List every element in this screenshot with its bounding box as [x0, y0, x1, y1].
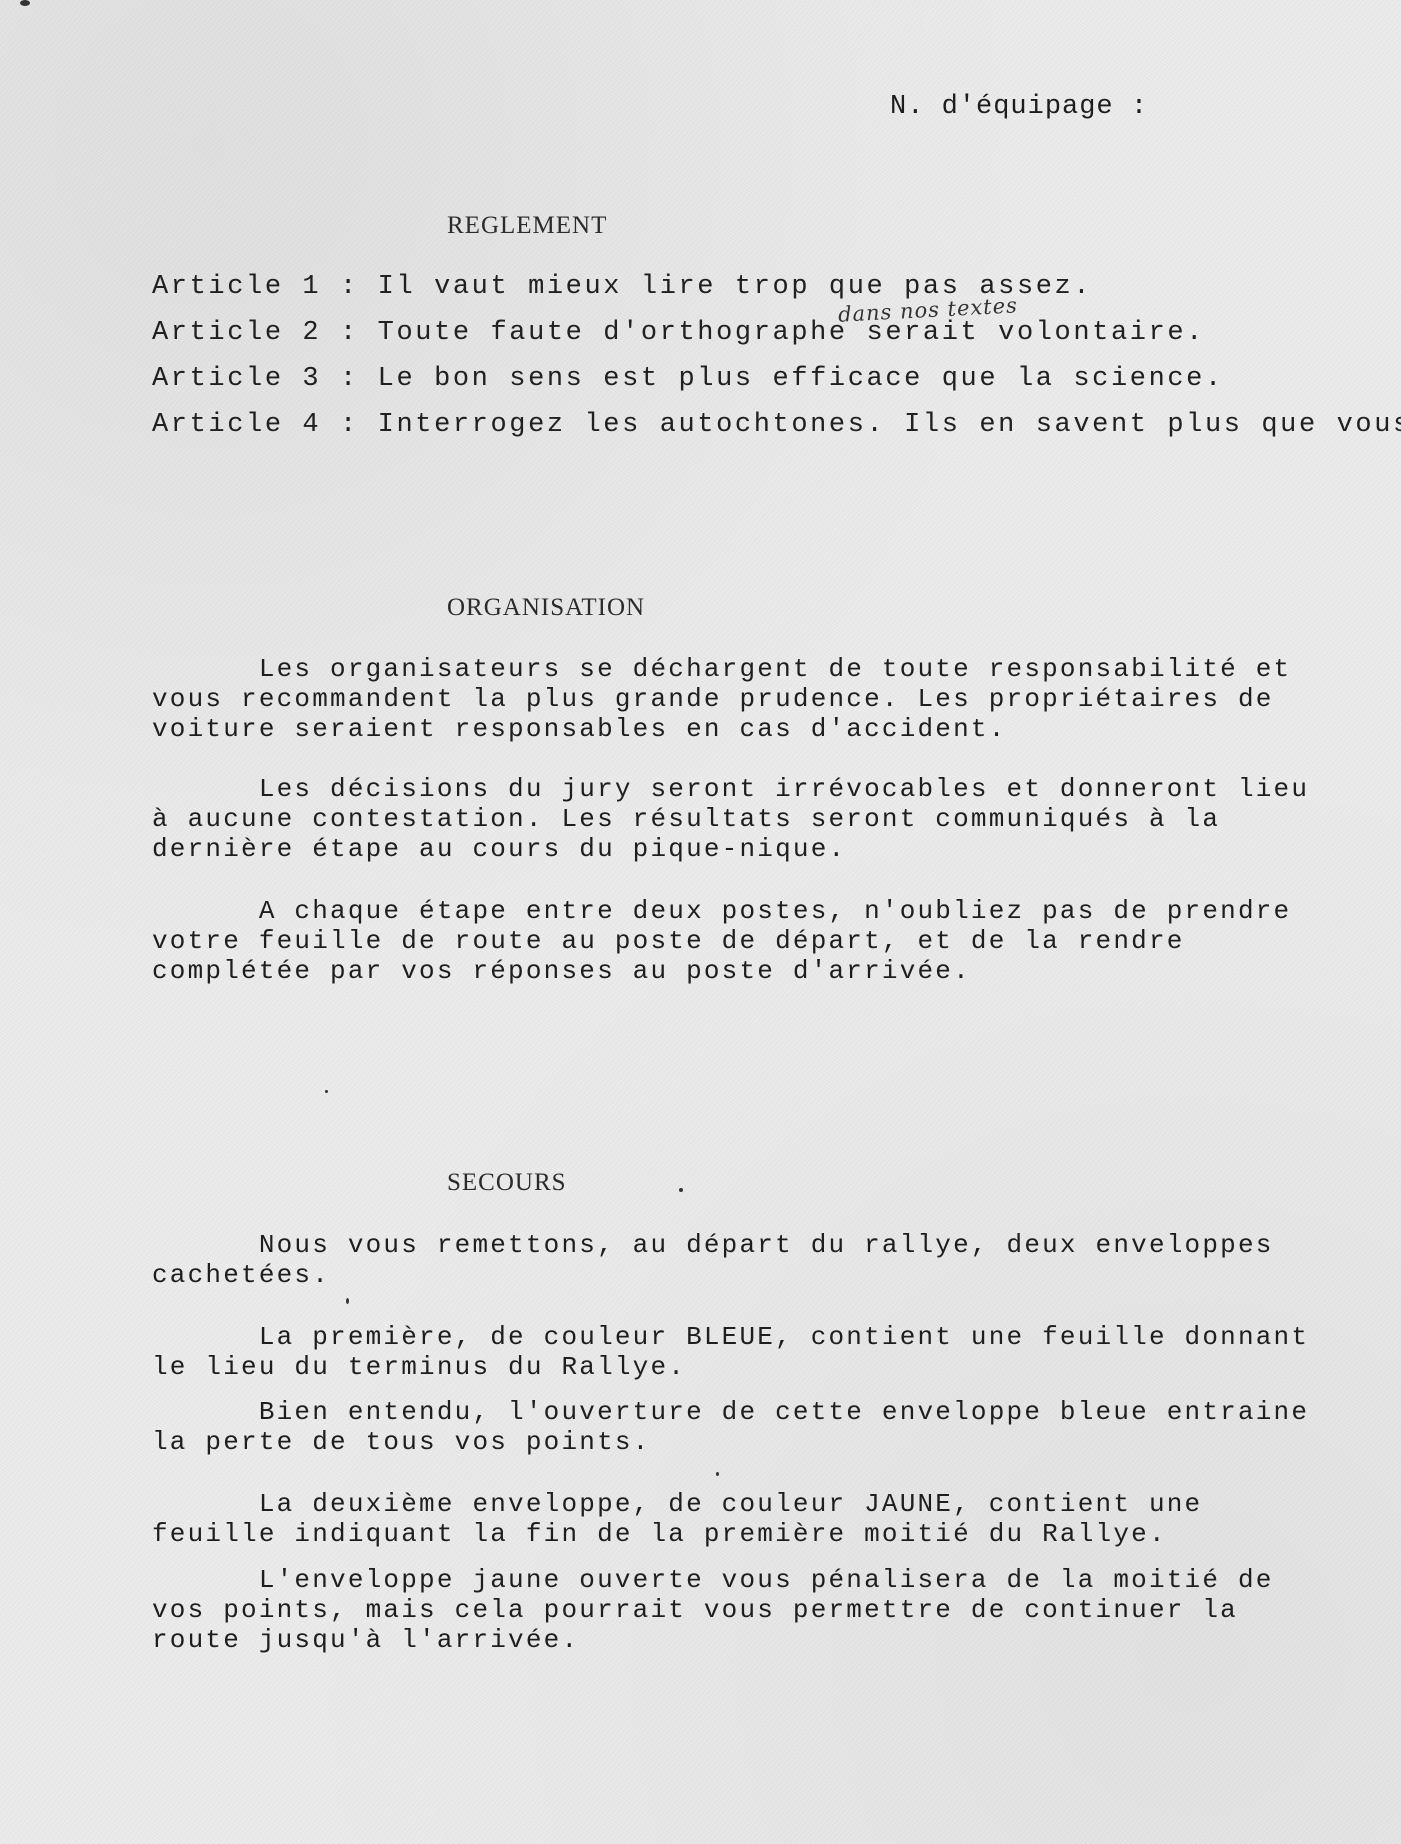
organisation-paragraph-3: A chaque étape entre deux postes, n'oubl… [152, 896, 1352, 986]
article-label: Article 3 : [152, 364, 359, 394]
article-text: Interrogez les autochtones. Ils en saven… [378, 410, 1401, 440]
typewritten-page: N. d'équipage : REGLEMENT Article 1 : Il… [0, 0, 1401, 1844]
crew-number-label: N. d'équipage : [890, 92, 1148, 122]
section-title-secours: SECOURS [447, 1169, 567, 1197]
organisation-paragraph-1: Les organisateurs se déchargent de toute… [152, 654, 1352, 744]
ink-speck [20, 0, 30, 6]
section-title-organisation: ORGANISATION [447, 594, 645, 622]
article-label: Article 2 : [152, 318, 359, 348]
article-text: Le bon sens est plus efficace que la sci… [378, 364, 1224, 394]
ink-speck [679, 1188, 683, 1192]
secours-paragraph-3: Bien entendu, l'ouverture de cette envel… [152, 1397, 1352, 1457]
ink-speck [325, 1090, 328, 1093]
organisation-paragraph-2: Les décisions du jury seront irrévocable… [152, 774, 1352, 864]
secours-paragraph-2: La première, de couleur BLEUE, contient … [152, 1322, 1352, 1382]
secours-paragraph-5: L'enveloppe jaune ouverte vous pénaliser… [152, 1565, 1352, 1655]
secours-paragraph-4: La deuxième enveloppe, de couleur JAUNE,… [152, 1489, 1352, 1549]
article-text: Toute faute d'orthographe serait volonta… [378, 318, 1205, 348]
ink-speck [716, 1472, 719, 1476]
article-label: Article 4 : [152, 410, 359, 440]
article-2: Article 2 : Toute faute d'orthographe se… [152, 318, 1205, 348]
secours-paragraph-1: Nous vous remettons, au départ du rallye… [152, 1230, 1352, 1290]
ink-speck [346, 1298, 349, 1304]
article-label: Article 1 : [152, 272, 359, 302]
article-3: Article 3 : Le bon sens est plus efficac… [152, 364, 1224, 394]
article-4: Article 4 : Interrogez les autochtones. … [152, 410, 1401, 440]
section-title-reglement: REGLEMENT [447, 212, 607, 240]
